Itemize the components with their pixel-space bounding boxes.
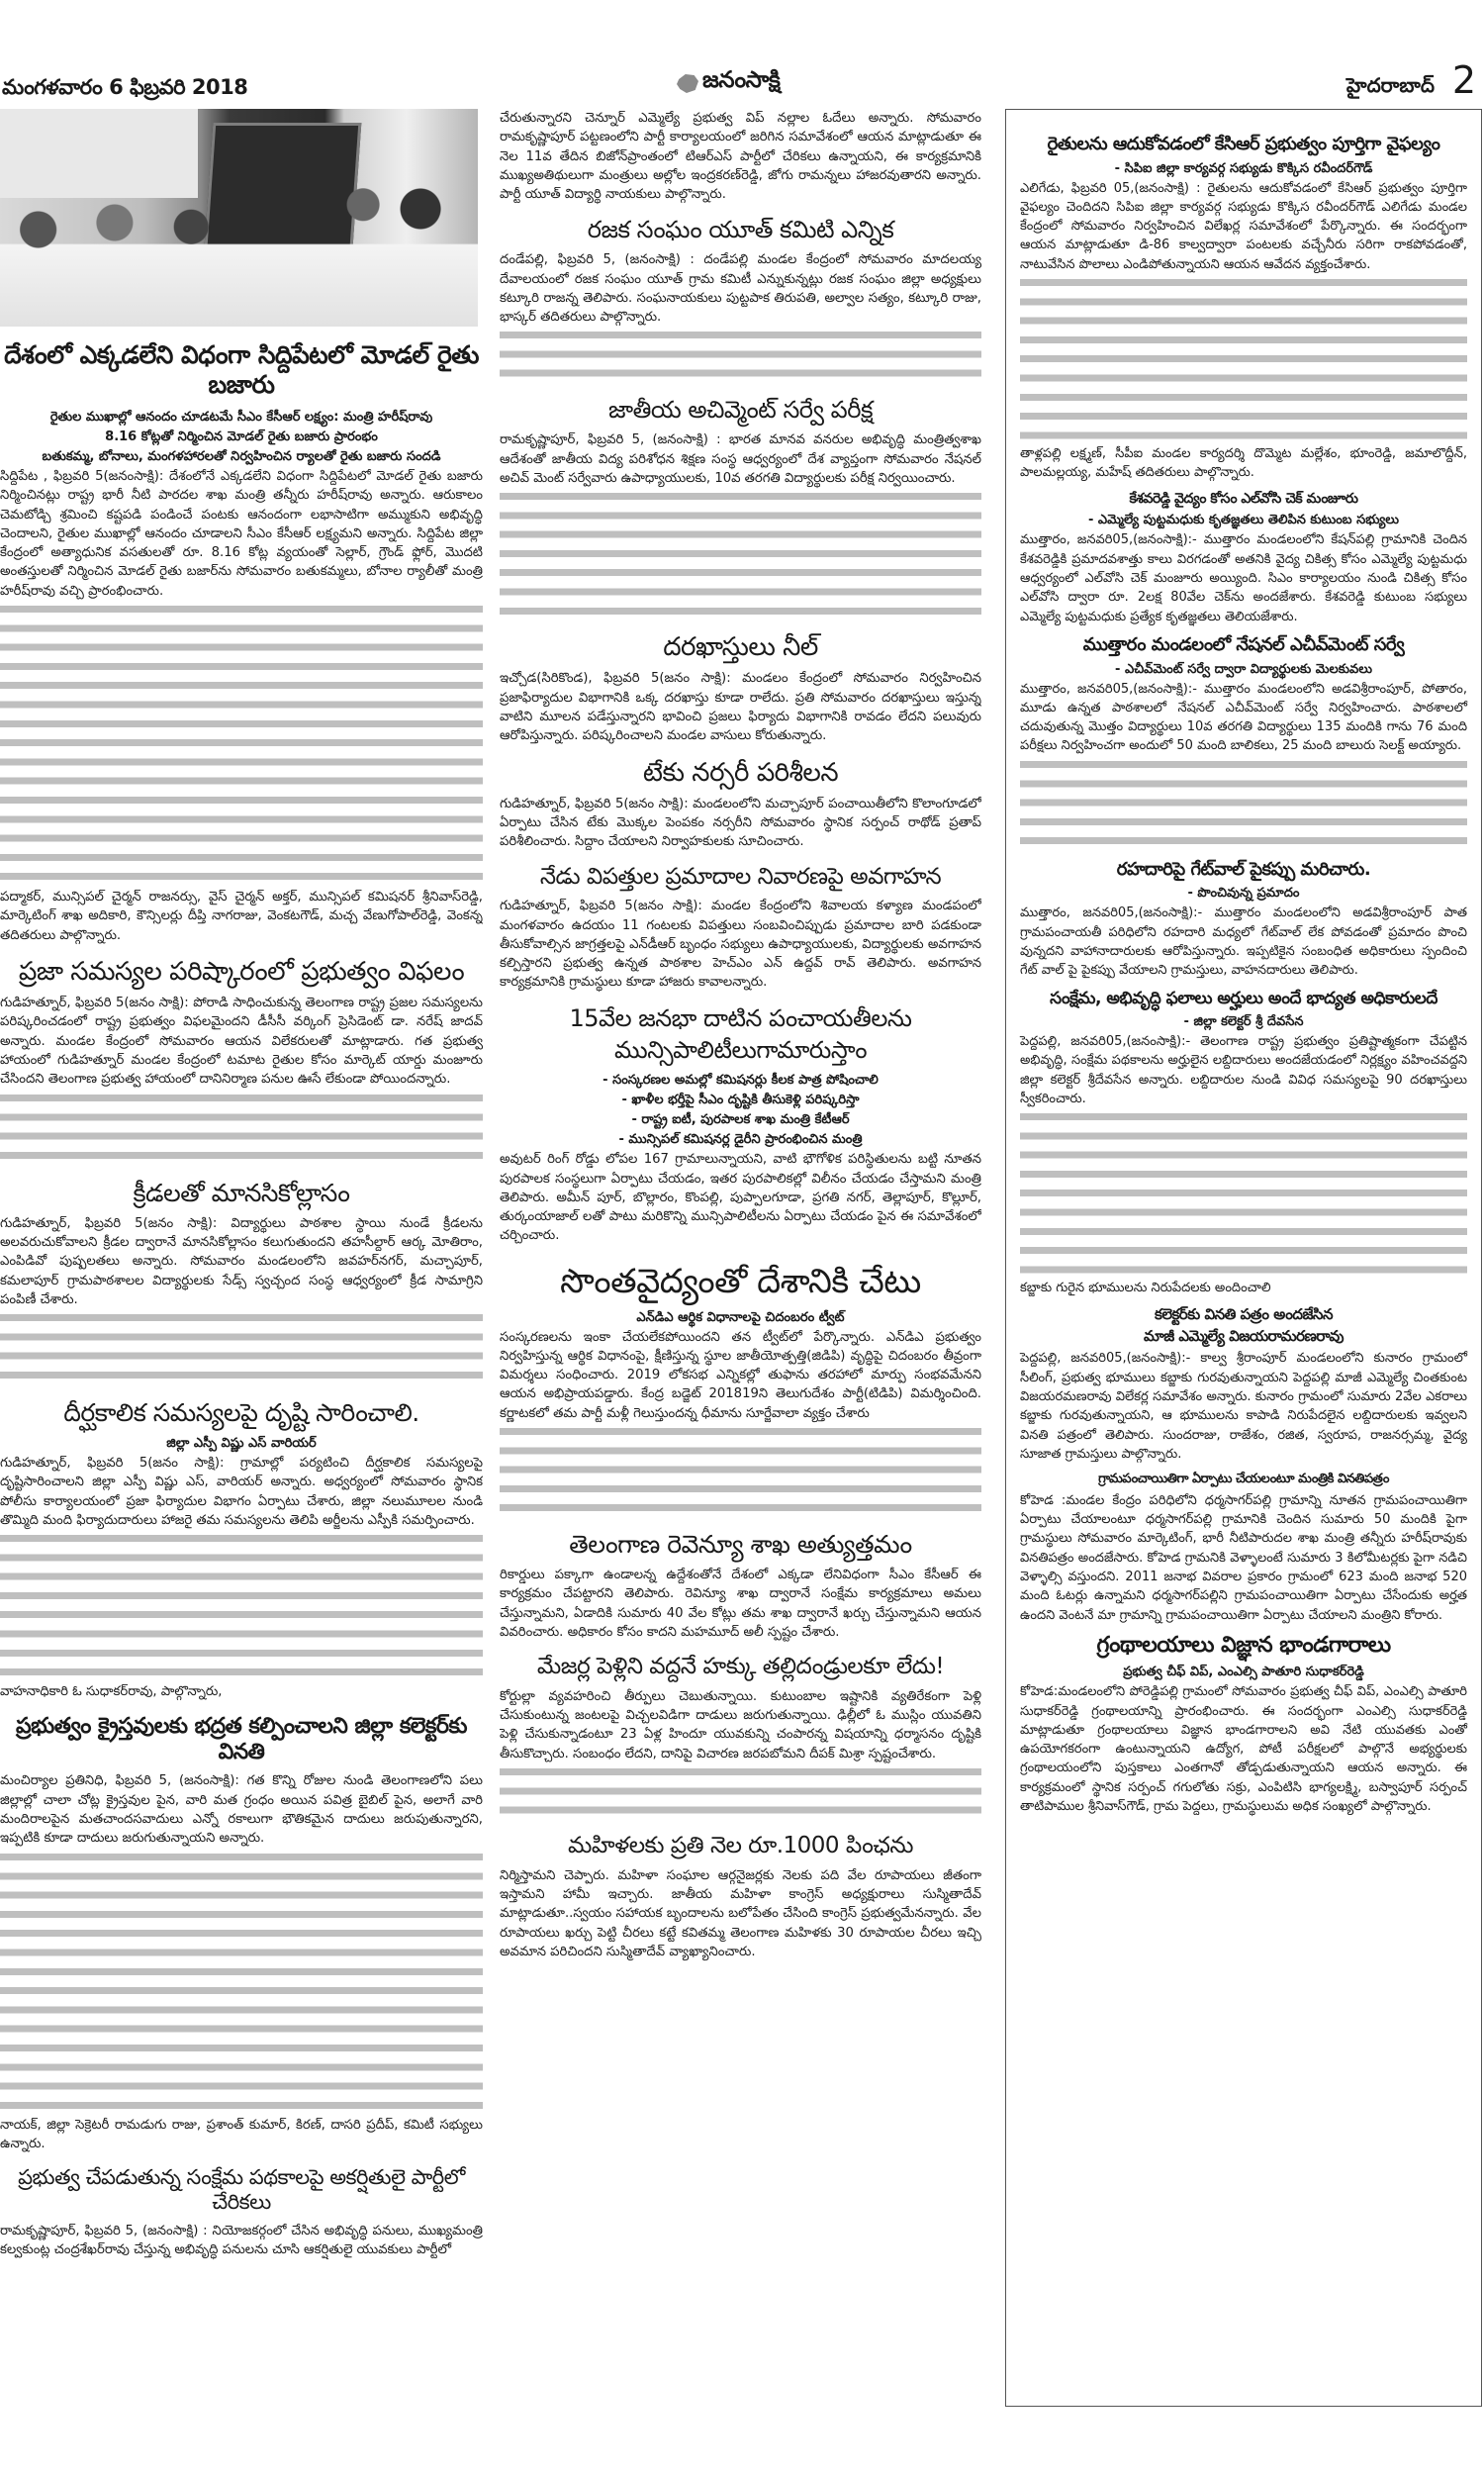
article-body: నిర్మిస్తామని చెప్పారు. మహిళా సంఘాల ఆర్గ… — [500, 1866, 981, 1961]
article-majorla-pelli: మేజర్ల పెళ్లిని వద్దనే హక్కు తల్లిదండ్రు… — [500, 1654, 981, 1821]
headline: కేశవరెడ్డి వైద్యం కోసం ఎల్‌వోసి చెక్ మంజ… — [1020, 491, 1467, 508]
subhead: - జిల్లా కలెక్టర్ శ్రీ దేవసేన — [1020, 1012, 1467, 1032]
article-body: గుడిహత్నూర్, ఫిబ్రవరి 5(జనం సాక్షి): గ్ర… — [0, 1454, 483, 1530]
article-body: ఎలిగేడు, ఫిబ్రవరి 05,(జనంసాక్షి) : రైతుల… — [1020, 179, 1467, 274]
article-granthalayalu: గ్రంథాలయాలు విజ్ఞాన భాండగారాలు ప్రభుత్వ … — [1020, 1633, 1467, 1816]
article-closing: వాహనాధికారి ఓ సుధాకర్‌రావు, పాల్గొన్నారు… — [0, 1682, 483, 1701]
news-photo — [0, 109, 478, 327]
article-vipatthulu: నేడు విపత్తుల ప్రమాదాల నివారణపై అవగాహన గ… — [500, 864, 981, 993]
headline: మహిళలకు ప్రతి నెల రూ.1000 పింఛను — [500, 1833, 981, 1860]
article-body: గుడిహత్నూర్, ఫిబ్రవరి 5(జనం సాక్షి): మండ… — [500, 795, 981, 852]
headline: ప్రభుత్వం క్రైస్తవులకు భద్రత కల్పించాలని… — [0, 1714, 483, 1766]
article-body: ఇచ్చోడ(సిరికొండ), ఫిబ్రవరి 5(జనం సాక్షి)… — [500, 669, 981, 745]
article-rajaka-sangham: రజక సంఘం యూత్ కమిటి ఎన్నిక దండేపల్లి, ఫి… — [500, 216, 981, 384]
article-revenue-shakha: తెలంగాణ రెవెన్యూ శాఖ అత్యుత్తమం రికార్డు… — [500, 1530, 981, 1642]
article-cherikalu: ప్రభుత్వ చేపడుతున్న సంక్షేమ పథకాలపై అకర్… — [0, 2165, 483, 2259]
article-body: గుడిహత్నూర్, ఫిబ్రవరి 5(జనం సాక్షి): విద… — [0, 1214, 483, 1309]
article-closing: తాళ్లపల్లి లక్ష్మణ్, సీపీఐ మండల కార్యదర్… — [1020, 444, 1467, 483]
subhead: - ఖాళీల భర్తీపై సీఎం దృష్టికి తీసుకెళ్లి… — [500, 1091, 981, 1110]
headline: క్రీడలతో మానసికోల్లాసం — [0, 1179, 483, 1208]
headline: రైతులను ఆదుకోవడంలో కేసిఆర్ ప్రభుత్వం పూర… — [1020, 134, 1467, 155]
article-body: సిద్దిపేట , ఫిబ్రవరి 5(జనంసాక్షి): దేశంల… — [0, 467, 483, 601]
headline: జాతీయ అచివ్మెంట్ సర్వే పరీక్ష — [500, 396, 981, 425]
headline: గ్రామపంచాయితిగా ఏర్పాటు చేయలంటూ మంత్రికి… — [1020, 1472, 1467, 1487]
article-body: కోహెడ:మండలంలోని పోరెడ్డిపల్లి గ్రామంలో స… — [1020, 1682, 1467, 1816]
subhead: ఎన్‌డిఎ ఆర్థిక విధానాలపై చిదంబరం ట్వీట్ — [500, 1308, 981, 1328]
subhead: ప్రభుత్వ చీఫ్ విప్, ఎంఎల్సి పాతూరి సుధాక… — [1020, 1663, 1467, 1682]
article-body-continued — [0, 1090, 483, 1167]
article-body: అవుటర్ రింగ్ రోడ్డు లోపల 167 గ్రామాలున్న… — [500, 1150, 981, 1245]
subhead: - మున్సిపల్ కమిషనర్ల డైరీని ప్రారంభించిన… — [500, 1130, 981, 1150]
article-body-continued — [1020, 274, 1467, 444]
subhead: - ఎచీవ్‌మెంట్ సర్వే ద్వారా విద్యార్థులకు… — [1020, 660, 1467, 680]
article-body-continued — [500, 1423, 981, 1518]
newspaper-brand: జనంసాక్షి — [702, 67, 780, 99]
edition-city: హైదరాబాద్ — [1346, 73, 1435, 102]
article-body: ముత్తారం, జనవరి05,(జనంసాక్షి):- ముత్తారం… — [1020, 680, 1467, 756]
article-collector-vinathi: కలెక్టర్‌కు వినతి పత్రం అందజేసిన మాజీ ఎమ… — [1020, 1305, 1467, 1464]
headline: దీర్ఘకాలిక సమస్యలపై దృష్టి సారించాలి. — [0, 1398, 483, 1428]
headline: దేశంలో ఎక్కడలేని విధంగా సిద్దిపేటలో మోడల… — [0, 340, 483, 400]
article-kreedalu: క్రీడలతో మానసికోల్లాసం గుడిహత్నూర్, ఫిబ్… — [0, 1179, 483, 1386]
article-body: సంస్కరణలను ఇంకా చేయలేకపోయిందని తన ట్వీట్… — [500, 1328, 981, 1423]
article-continued-cherikalu: చేరుతున్నారని చెన్నూర్ ఎమ్మెల్యే ప్రభుత్… — [500, 109, 981, 204]
article-closing: కబ్జాకు గురైన భూములను నిరుపేదలకు అందించా… — [1020, 1279, 1467, 1297]
headline: ప్రజా సమస్యల పరిష్కారంలో ప్రభుత్వం విఫలం — [0, 957, 483, 988]
article-achievement-survey: జాతీయ అచివ్మెంట్ సర్వే పరీక్ష రామకృష్ణాప… — [500, 396, 981, 620]
subhead: బతుకమ్మ, బోనాలు, మంగళహారలతో నిర్వహించిన … — [0, 447, 483, 467]
subhead: - పొంచివున్న ప్రమాదం — [1020, 884, 1467, 904]
subhead: రైతుల ముఖాల్లో ఆనందం చూడటమే సీఎం కేసీఆర్… — [0, 408, 483, 428]
article-kesavareddy-loc: కేశవరెడ్డి వైద్యం కోసం ఎల్‌వోసి చెక్ మంజ… — [1020, 491, 1467, 626]
article-body: రామకృష్ణాపూర్, ఫిబ్రవరి 5, (జనంసాక్షి) :… — [0, 2222, 483, 2260]
subhead: - రాష్ట్ర ఐటీ, పురపాలక శాఖ మంత్రి కేటీఆర… — [500, 1110, 981, 1130]
article-body: గుడిహత్నూర్, ఫిబ్రవరి 5(జనం సాక్షి): పోర… — [0, 994, 483, 1089]
headline: సంక్షేమ, అభివృద్ధి ఫలాలు అర్హులు అందే భా… — [1020, 989, 1467, 1008]
article-body-continued — [500, 488, 981, 620]
article-body-continued — [0, 1530, 483, 1682]
headline: రహదారిపై గేట్‌వాల్ పైకప్పు మరిచారు. — [1020, 859, 1467, 881]
headline: గ్రంథాలయాలు విజ్ఞాన భాండగారాలు — [1020, 1633, 1467, 1659]
article-sankshema-phalalu: సంక్షేమ, అభివృద్ధి ఫలాలు అర్హులు అందే భా… — [1020, 989, 1467, 1298]
article-body: పెద్దపల్లి, జనవరి05,(జనంసాక్షి):- కాల్వ … — [1020, 1349, 1467, 1464]
article-sonthavaidyam: సొంతవైద్యంతో దేశానికి చేటు ఎన్‌డిఎ ఆర్థి… — [500, 1262, 981, 1518]
subhead: - సంస్కరణల అమల్లో కమిషనర్లు కీలక పాత్ర ప… — [500, 1071, 981, 1091]
headline: నేడు విపత్తుల ప్రమాదాల నివారణపై అవగాహన — [500, 864, 981, 892]
subhead: జిల్లా ఎస్పీ విష్ణు ఎస్ వారియర్ — [0, 1434, 483, 1454]
headline: రజక సంఘం యూత్ కమిటి ఎన్నిక — [500, 216, 981, 244]
article-body-continued — [0, 1309, 483, 1386]
article-model-rythu-bazar: దేశంలో ఎక్కడలేని విధంగా సిద్దిపేటలో మోడల… — [0, 340, 483, 945]
newspaper-logo: జనంసాక్షి — [677, 67, 780, 99]
article-body-continued — [500, 327, 981, 384]
article-body-continued — [1020, 1108, 1467, 1279]
article-municipalities: 15వేల జనభా దాటిన పంచాయతీలను మున్సిపాలిటీ… — [500, 1004, 981, 1246]
headline: మాజీ ఎమ్మెల్యే విజయరామరణరావు — [1020, 1327, 1467, 1345]
article-kraisthavulu: ప్రభుత్వం క్రైస్తవులకు భద్రత కల్పించాలని… — [0, 1714, 483, 2154]
article-darakhasthulu-nil: దరఖాస్తులు నీల్ ఇచ్చోడ(సిరికొండ), ఫిబ్రవ… — [500, 632, 981, 745]
article-body-continued — [500, 1763, 981, 1821]
article-body-continued — [0, 1849, 483, 2116]
subhead: - ఎమ్మెల్యే పుట్టమధుకు కృతజ్ఞతలు తెలిపిన… — [1020, 511, 1467, 530]
article-grama-panchayathi: గ్రామపంచాయితిగా ఏర్పాటు చేయలంటూ మంత్రికి… — [1020, 1472, 1467, 1625]
headline: 15వేల జనభా దాటిన పంచాయతీలను — [500, 1004, 981, 1033]
article-body: చేరుతున్నారని చెన్నూర్ ఎమ్మెల్యే ప్రభుత్… — [500, 109, 981, 204]
article-body: రికార్డులు పక్కాగా ఉండాలన్న ఉద్దేశంతోనే … — [500, 1566, 981, 1642]
headline: దరఖాస్తులు నీల్ — [500, 632, 981, 663]
headline: మేజర్ల పెళ్లిని వద్దనే హక్కు తల్లిదండ్రు… — [500, 1654, 981, 1681]
article-body-continued — [0, 601, 483, 888]
article-body-continued — [1020, 756, 1467, 851]
article-body: రామకృష్ణాపూర్, ఫిబ్రవరి 5, (జనంసాక్షి) :… — [500, 430, 981, 488]
article-raithulu-vaiphalyam: రైతులను ఆదుకోవడంలో కేసిఆర్ ప్రభుత్వం పూర… — [1020, 134, 1467, 483]
middle-column: చేరుతున్నారని చెన్నూర్ ఎమ్మెల్యే ప్రభుత్… — [500, 109, 981, 2405]
article-praja-samasyalu: ప్రజా సమస్యల పరిష్కారంలో ప్రభుత్వం విఫలం… — [0, 957, 483, 1167]
headline: తెలంగాణ రెవెన్యూ శాఖ అత్యుత్తమం — [500, 1530, 981, 1560]
article-teku-nursery: టేకు నర్సరీ పరిశీలన గుడిహత్నూర్, ఫిబ్రవర… — [500, 758, 981, 852]
subhead: - సిపిఐ జిల్లా కార్యవర్గ సభ్యుడు కొక్కిస… — [1020, 159, 1467, 179]
article-mahila-pension: మహిళలకు ప్రతి నెల రూ.1000 పింఛను నిర్మిస… — [500, 1833, 981, 1961]
telangana-map-icon — [677, 73, 698, 93]
article-body: కోర్టుల్లా వ్యవహరించి తీర్పులు చెబుతున్న… — [500, 1687, 981, 1763]
masthead: మంగళవారం 6 ఫిబ్రవరి 2018 జనంసాక్షి హైదరా… — [0, 61, 1484, 105]
article-closing: నాయక్, జిల్లా సెక్రెటరీ రామడుగు రాజు, ప్… — [0, 2116, 483, 2154]
headline: మున్సిపాలిటీలుగామారుస్తాం — [500, 1036, 981, 1065]
headline: టేకు నర్సరీ పరిశీలన — [500, 758, 981, 789]
headline: సొంతవైద్యంతో దేశానికి చేటు — [500, 1262, 981, 1302]
left-column: దేశంలో ఎక్కడలేని విధంగా సిద్దిపేటలో మోడల… — [0, 109, 483, 2405]
article-body: మంచిర్యాల ప్రతినిధి, ఫిబ్రవరి 5, (జనంసాక… — [0, 1771, 483, 1848]
headline: ప్రభుత్వ చేపడుతున్న సంక్షేమ పథకాలపై అకర్… — [0, 2165, 483, 2215]
article-closing: పద్మాకర్, మున్సిపల్ చైర్మన్ రాజనర్సు, వై… — [0, 888, 483, 945]
article-muttharam-survey: ముత్తారం మండలంలో నేషనల్ ఎచీవ్‌మెంట్ సర్వ… — [1020, 634, 1467, 851]
article-body: కోహెడ :మండల కేంద్రం పరిధిలోని ధర్మసాగర్‌… — [1020, 1491, 1467, 1625]
article-body: పెద్దపల్లి, జనవరి05,(జనంసాక్షి):- తెలంగా… — [1020, 1032, 1467, 1108]
article-gatewall: రహదారిపై గేట్‌వాల్ పైకప్పు మరిచారు. - పొ… — [1020, 859, 1467, 981]
article-body: ముత్తారం, జనవరి05,(జనంసాక్షి):- ముత్తారం… — [1020, 530, 1467, 625]
article-body: ముత్తారం, జనవరి05,(జనంసాక్షి):- ముత్తారం… — [1020, 904, 1467, 980]
issue-date: మంగళవారం 6 ఫిబ్రవరి 2018 — [2, 75, 247, 105]
article-body: గుడిహత్నూర్, ఫిబ్రవరి 5(జనం సాక్షి): మండ… — [500, 897, 981, 992]
article-deerghakalika: దీర్ఘకాలిక సమస్యలపై దృష్టి సారించాలి. జి… — [0, 1398, 483, 1701]
page-number: 2 — [1452, 61, 1476, 99]
article-body: దండేపల్లి, ఫిబ్రవరి 5, (జనంసాక్షి) : దండ… — [500, 250, 981, 327]
headline: కలెక్టర్‌కు వినతి పత్రం అందజేసిన — [1020, 1305, 1467, 1323]
subhead: 8.16 కోట్లతో నిర్మించిన మోడల్ రైతు బజారు… — [0, 428, 483, 447]
headline: ముత్తారం మండలంలో నేషనల్ ఎచీవ్‌మెంట్ సర్వ… — [1020, 634, 1467, 656]
right-column-box: రైతులను ఆదుకోవడంలో కేసిఆర్ ప్రభుత్వం పూర… — [1005, 109, 1482, 2407]
